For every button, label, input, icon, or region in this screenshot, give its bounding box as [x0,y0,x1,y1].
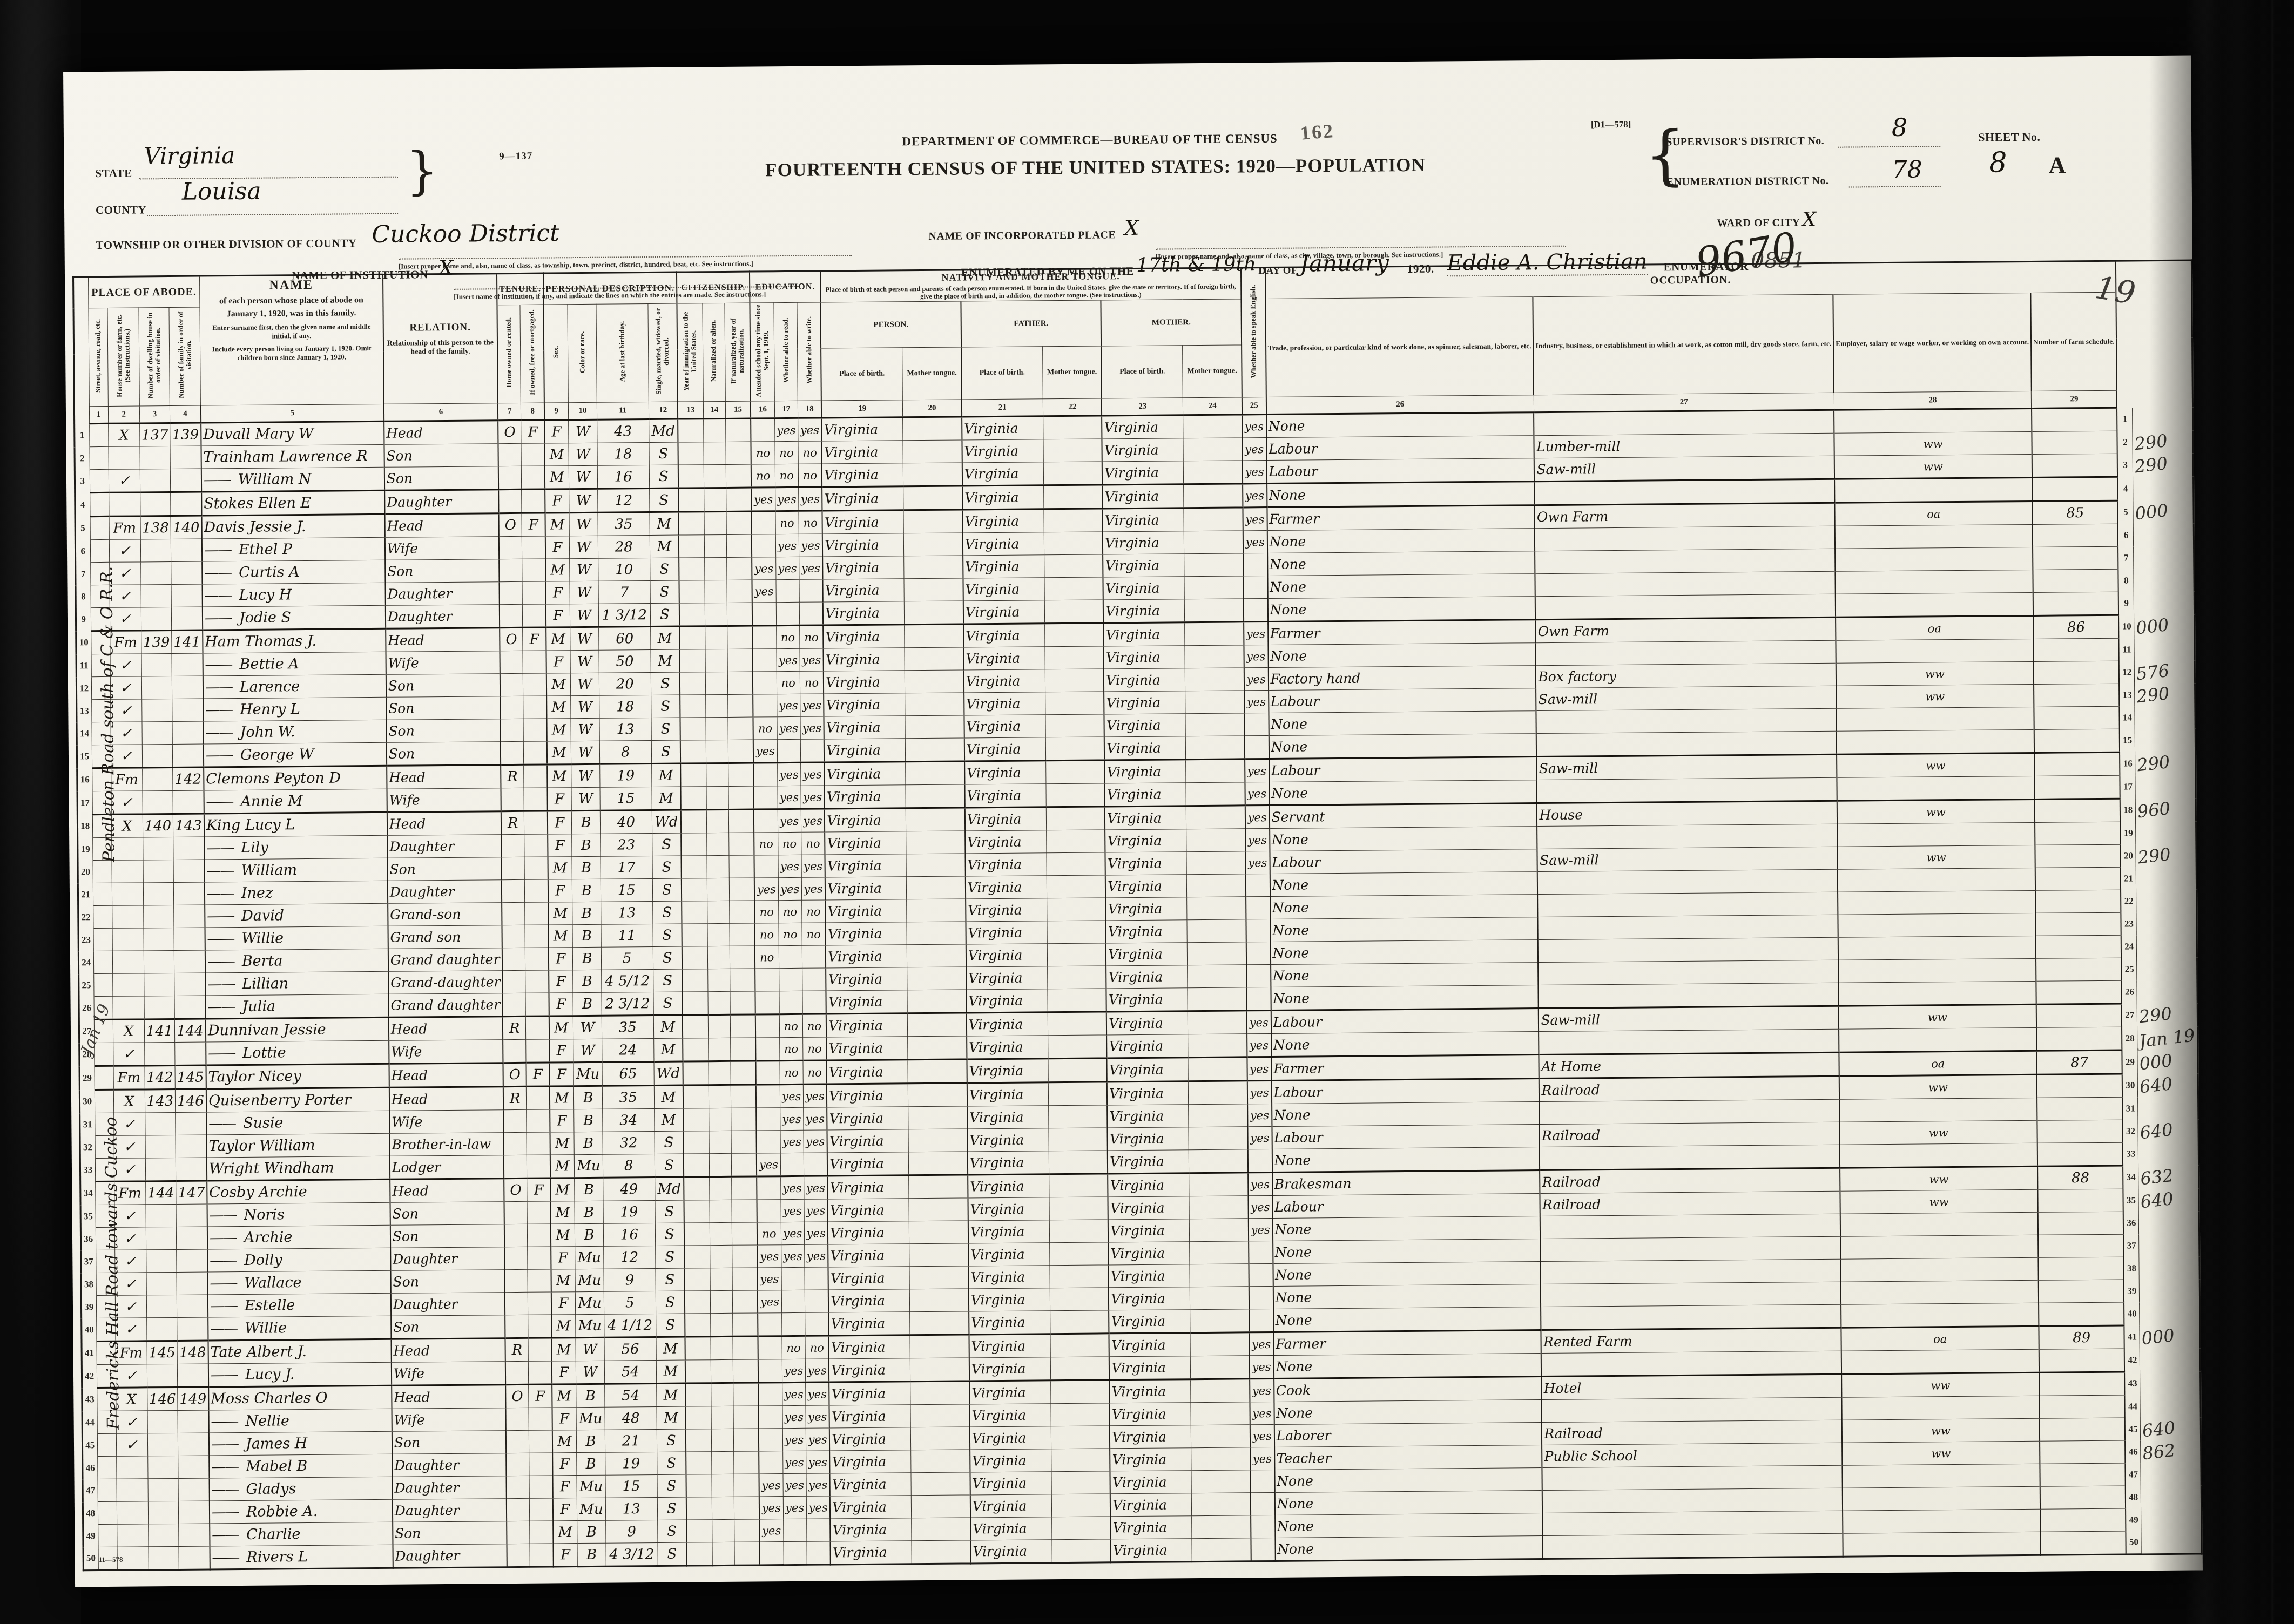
cell-ag: 40 [600,810,652,834]
cell-wr: yes [804,1176,828,1199]
cell-x24 [1185,668,1244,691]
cell-wr: yes [799,557,823,579]
cell-mg: 000 [2134,614,2195,638]
cell-em [1834,477,2032,503]
cell-wr: no [802,1014,826,1037]
cell-ind [1539,983,1839,1008]
cell-oc: Labour [1269,757,1537,782]
cell-d: 138 [140,516,171,539]
cell-nm: ——James H [209,1431,392,1456]
cell-oc: None [1273,1262,1541,1287]
cell-cr: W [568,419,597,443]
cell-oc: None [1273,1307,1541,1332]
cell-x14 [709,1131,731,1153]
cell-t [500,581,523,604]
sheet-block: SHEET No. 8 A [1956,120,2118,121]
cell-nm: ——Nellie [208,1409,392,1433]
cell-rd: no [778,832,801,855]
cell-d [148,1501,179,1524]
incorporated-value: X [1124,216,1139,240]
cell-ln: 17 [77,791,92,815]
cell-ms: S [656,1314,685,1337]
cell-x20 [908,1059,967,1084]
cell-mg: 960 [2136,798,2196,822]
cell-x24 [1190,1287,1249,1310]
cell-x15 [734,1474,759,1497]
cell-mg [2137,980,2197,1004]
cell-f: 143 [173,814,204,837]
cell-em: ww [1842,1441,2040,1465]
cell-sx: F [553,1544,577,1567]
cell-x24 [1192,1538,1251,1562]
cell-sx: M [547,741,571,764]
cell-ft: Virginia [965,807,1047,831]
cell-mo: Virginia [1106,1011,1188,1035]
cell-ind: Saw-mill [1539,1006,1839,1031]
cell-x20 [905,693,964,716]
cell-x24 [1188,965,1246,988]
cell-ag: 12 [598,489,650,513]
cell-pb: Virginia [829,1427,911,1451]
cell-t [499,536,522,559]
cell-ms: S [650,580,679,603]
cell-x14 [712,1542,734,1565]
cell-t: O [500,627,523,651]
cell-t [499,559,522,581]
cell-x13 [683,1085,709,1108]
cell-wr: yes [801,855,825,877]
cell-ln: 19 [78,838,93,861]
cell-pb: Virginia [826,1037,908,1060]
cell-fa [2037,1097,2123,1120]
col-number-7: 7 [498,403,521,420]
cell-nm: ——Willie [205,926,388,950]
cell-x24 [1189,1104,1247,1127]
cell-wr: yes [798,418,822,441]
cell-x13 [686,1429,711,1452]
cell-x24 [1189,1196,1248,1219]
cell-ind: Railroad [1540,1191,1840,1216]
cell-sch: no [754,833,778,855]
cell-pb: Virginia [826,990,908,1014]
cell-fa: 86 [2033,615,2119,639]
cell-sx: M [544,443,569,466]
cell-pb: Virginia [825,854,907,877]
cell-rd [783,1519,807,1541]
cell-x20 [909,1175,968,1199]
cell-ag: 13 [599,718,651,741]
cell-x14 [710,1290,733,1313]
cell-pb: Virginia [828,1244,909,1267]
cell-sx: M [551,1315,576,1338]
cell-f [170,469,201,492]
cell-cr: W [569,558,598,581]
cell-f [176,1135,206,1158]
street-label-pendleton: Pendleton Road south of C & O R.R. [93,439,122,990]
cell-mf [528,1315,551,1338]
cell-fa [2034,775,2120,799]
relation-desc: Relationship of this person to the head … [386,339,496,357]
cell-sch: no [755,923,779,946]
cell-wr: yes [800,648,824,671]
cell-nm: Dunnivan Jessie [206,1017,389,1042]
cell-cr: W [570,604,599,627]
cell-rd [781,1290,805,1312]
cell-em [1838,913,2036,937]
cell-t [505,1315,528,1338]
cell-fa [2036,958,2122,981]
cell-ind [1536,640,1836,665]
cell-x20 [905,647,963,671]
cell-ln2: 31 [2123,1097,2138,1120]
cell-x13 [678,465,704,488]
cell-rd: yes [780,1176,804,1199]
cell-rel: Brother-in-law [389,1133,504,1156]
cell-mo: Virginia [1109,1310,1190,1334]
cell-f [177,1249,207,1272]
cell-mo: Virginia [1110,1516,1192,1539]
cell-x15 [727,626,752,649]
col-number-12: 12 [649,402,678,419]
cell-fa [2033,546,2118,570]
cell-x15 [730,969,755,991]
cell-mf [529,1408,552,1430]
cell-d [140,469,171,492]
cell-fa [2035,890,2121,913]
cell-cr: W [571,718,600,741]
cell-fa [2034,661,2120,684]
cell-wr: no [805,1336,829,1359]
cell-ind [1537,777,1837,803]
cell-mo: Virginia [1110,1448,1191,1471]
cell-t [502,925,525,948]
cell-ln: 20 [78,861,93,883]
cell-ag: 16 [603,1223,655,1246]
cell-fa [2036,935,2122,958]
cell-fa [2035,867,2121,890]
cell-sx: M [546,696,571,719]
cell-em: ww [1839,1074,2037,1099]
cell-x15 [732,1222,757,1245]
cell-x22 [1045,714,1104,737]
cell-ms: Wd [654,1061,683,1085]
cell-x13 [679,580,704,603]
cell-f [178,1410,208,1433]
cell-x20 [911,1472,970,1496]
cell-ln2: 44 [2125,1395,2141,1418]
cell-ms: M [652,787,681,810]
cell-mg: 632 [2138,1165,2199,1189]
cell-f [172,607,203,630]
cell-pb: Virginia [828,1289,910,1312]
cell-rel: Daughter [393,1499,507,1522]
col-number-11: 11 [597,402,649,420]
cell-mf: F [522,513,545,536]
cell-ft: Virginia [964,715,1045,738]
cell-x24 [1191,1447,1250,1471]
cell-d [141,699,172,721]
cell-x15 [726,464,751,488]
cell-mg [2139,1211,2199,1234]
cell-wr: no [801,832,825,855]
cell-f: 148 [177,1341,208,1364]
cell-oc: Labour [1272,1125,1540,1149]
cell-mf [529,1430,552,1453]
cell-x20 [908,1129,967,1152]
cell-em: oa [1835,501,2033,526]
form-number: 9—137 [499,151,532,163]
col-number-1: 1 [89,406,109,423]
cell-pb: Virginia [823,579,905,602]
cell-x22 [1050,1310,1109,1334]
cell-oc: None [1274,1491,1542,1515]
margin-note-topright: 19 [2093,269,2138,312]
cell-f: 149 [178,1387,208,1410]
cell-rd: yes [782,1428,806,1451]
cell-rd: no [775,464,799,487]
cell-sx: M [545,466,569,489]
cell-rel: Daughter [392,1453,507,1477]
cell-x24 [1184,553,1243,577]
cell-pb: Virginia [827,1175,909,1199]
cell-mg [2140,1371,2201,1395]
cell-ms: M [651,649,680,672]
cell-ind [1541,1236,1841,1261]
cell-wr: yes [801,877,825,900]
cell-ln: 30 [79,1090,95,1113]
supervisor-district-label: SUPERVISOR'S DISTRICT No. [1666,135,1824,148]
cell-en [1249,1286,1273,1309]
cell-em [1842,1396,2040,1420]
cell-ms: M [653,1038,683,1061]
cell-x22 [1049,1197,1108,1220]
cell-ln: 38 [81,1273,96,1296]
cell-ag: 13 [605,1497,657,1520]
cell-x14 [704,488,726,511]
cell-ft: Virginia [967,1036,1048,1059]
cell-nm: ——David [205,903,388,928]
cell-oc: None [1271,985,1539,1011]
cell-ft: Virginia [968,1220,1050,1243]
cell-cr: Mu [577,1475,606,1498]
supervisor-underline [1838,146,1940,147]
col-24-mother-tongue: Mother tongue. [1183,345,1242,398]
cell-ln: 22 [78,906,93,929]
cell-wr: no [803,1037,827,1060]
cell-x13 [685,1314,710,1337]
cell-ind [1541,1259,1841,1284]
sheet-letter: A [2048,151,2066,179]
cell-cr: W [569,465,598,489]
cell-x13 [682,878,707,901]
cell-en [1251,1538,1275,1561]
cell-fa [2035,799,2121,822]
cell-ms: M [656,1383,685,1406]
cell-ft: Virginia [969,1357,1051,1381]
cell-rel: Head [387,811,502,836]
cell-x13 [678,419,703,442]
cell-em [1834,408,2032,433]
cell-fa [2039,1349,2125,1372]
cell-x13 [685,1291,710,1314]
cell-f: 141 [172,630,203,653]
cell-sx: F [548,834,572,857]
cell-ag: 8 [603,1154,655,1178]
cell-d [146,1295,177,1317]
cell-pb: Virginia [827,1107,908,1130]
cell-wr: yes [801,786,825,809]
cell-sch [757,1176,780,1200]
cell-x24 [1191,1470,1250,1493]
cell-ln: 46 [83,1457,98,1479]
cell-ag: 54 [604,1360,656,1384]
cell-nm: ——Charlie [210,1522,393,1546]
cell-cr: B [577,1543,606,1566]
cell-x15 [730,923,755,946]
cell-en: yes [1250,1447,1274,1470]
cell-nm: ——William N [201,467,384,492]
cell-nm: Duvall Mary W [201,421,384,446]
cell-nm: Davis Jessie J. [201,514,384,539]
cell-cr: B [572,856,601,879]
cell-mo: Virginia [1106,943,1188,966]
cell-oc: Labour [1270,849,1537,874]
cell-x20 [904,533,963,556]
cell-en [1249,1241,1273,1263]
cell-cr: W [570,695,599,718]
cell-rel: Son [390,1202,504,1226]
cell-nm: Moss Charles O [208,1385,392,1410]
cell-x14 [705,694,728,717]
cell-rd: yes [782,1405,806,1428]
cell-fa [2040,1463,2126,1486]
col-number-28: 28 [1834,391,2032,410]
cell-rd: yes [777,694,800,716]
cell-mf [521,443,544,466]
cell-sch [752,626,776,649]
cell-x20 [908,1083,967,1107]
cell-cr: B [572,947,602,970]
cell-x14 [704,580,727,603]
cell-fa [2032,477,2118,501]
cell-ln2: 14 [2120,706,2135,729]
cell-sch: no [757,1222,781,1245]
cell-fa [2039,1280,2124,1303]
enumeration-district-label: ENUMERATION DISTRICT No. [1666,175,1829,188]
col-14-naturalized-alien: Naturalized or alien. [702,303,725,401]
cell-x20 [912,1495,970,1518]
cell-nm: Clemons Peyton D [204,766,387,790]
col-1-street: Street, avenue, road, etc. [88,308,108,406]
cell-t [507,1544,530,1567]
cell-oc: Farmer [1273,1330,1541,1356]
cell-sch [753,763,777,786]
cell-t [500,673,523,696]
cell-wr: yes [803,1084,827,1107]
cell-mf [522,536,545,559]
cell-nm: ——Lily [204,835,387,860]
cell-x15 [730,946,755,969]
cell-ln: 32 [80,1136,95,1159]
cell-ft: Virginia [969,1288,1050,1311]
cell-x13 [682,924,707,946]
cell-cr: B [574,1178,603,1201]
census-sheet: 9—137 DEPARTMENT OF COMMERCE—BUREAU OF T… [63,56,2203,1587]
cell-oc: None [1267,482,1535,507]
cell-sx: F [549,993,573,1016]
state-label: STATE [95,167,132,181]
cell-x15 [727,580,752,603]
cell-pb: Virginia [824,716,906,739]
cell-cr: W [570,581,599,604]
cell-x24 [1184,507,1243,531]
cell-oc: None [1274,1400,1542,1425]
cell-mg [2138,1142,2199,1166]
cell-x20 [903,440,962,463]
cell-rel: Son [387,742,501,766]
cell-mg [2139,1256,2199,1280]
cell-x13 [686,1474,711,1497]
cell-rel: Son [386,674,501,698]
cell-ln2: 1 [2117,408,2133,431]
cell-ln: 48 [83,1502,98,1525]
cell-oc: None [1272,1102,1540,1127]
cell-x13 [678,442,703,465]
cell-pb: Virginia [822,510,904,534]
group-personal-description: PERSONAL DESCRIPTION. [543,272,677,304]
cell-fa [2040,1418,2126,1441]
cell-sx: M [547,764,571,788]
cell-em [1841,1303,2039,1328]
cell-ms: S [650,603,679,626]
cell-sx: F [551,1292,576,1315]
cell-f [177,1272,207,1295]
cell-x13 [686,1542,712,1566]
cell-ln: 37 [81,1250,96,1273]
cell-mg: 290 [2135,683,2195,706]
col-27-industry: Industry, business, or establishment in … [1533,294,1834,395]
cell-ind [1536,708,1837,733]
cell-sx: F [549,948,573,970]
cell-mo: Virginia [1107,1081,1189,1105]
cell-ln2: 49 [2126,1508,2142,1531]
cell-nm: ——Archie [207,1225,390,1249]
col-number-25: 25 [1242,397,1266,415]
cell-oc: Farmer [1271,1055,1539,1081]
cell-ind: Box factory [1536,663,1836,688]
cell-rel: Son [391,1315,505,1339]
state-underline [139,177,398,180]
cell-rel: Head [391,1338,505,1363]
cell-pb: Virginia [829,1335,910,1359]
cell-x13 [685,1383,711,1406]
col-11-age: Age at last birthday. [596,304,649,403]
cell-mg [2139,1234,2199,1257]
col-number-6: 6 [384,403,498,422]
cell-em: oa [1839,1051,2037,1076]
cell-wr [799,579,823,602]
cell-x22 [1050,1334,1109,1357]
cell-f [177,1227,207,1249]
cell-rel: Wife [385,537,500,560]
cell-x15 [731,1153,757,1176]
cell-ind [1543,1511,1843,1535]
cell-nm: ——Wallace [207,1270,390,1295]
cell-fa [2037,1142,2123,1166]
cell-x24 [1185,645,1244,668]
cell-mg [2133,407,2193,431]
cell-ln: 43 [82,1388,97,1411]
